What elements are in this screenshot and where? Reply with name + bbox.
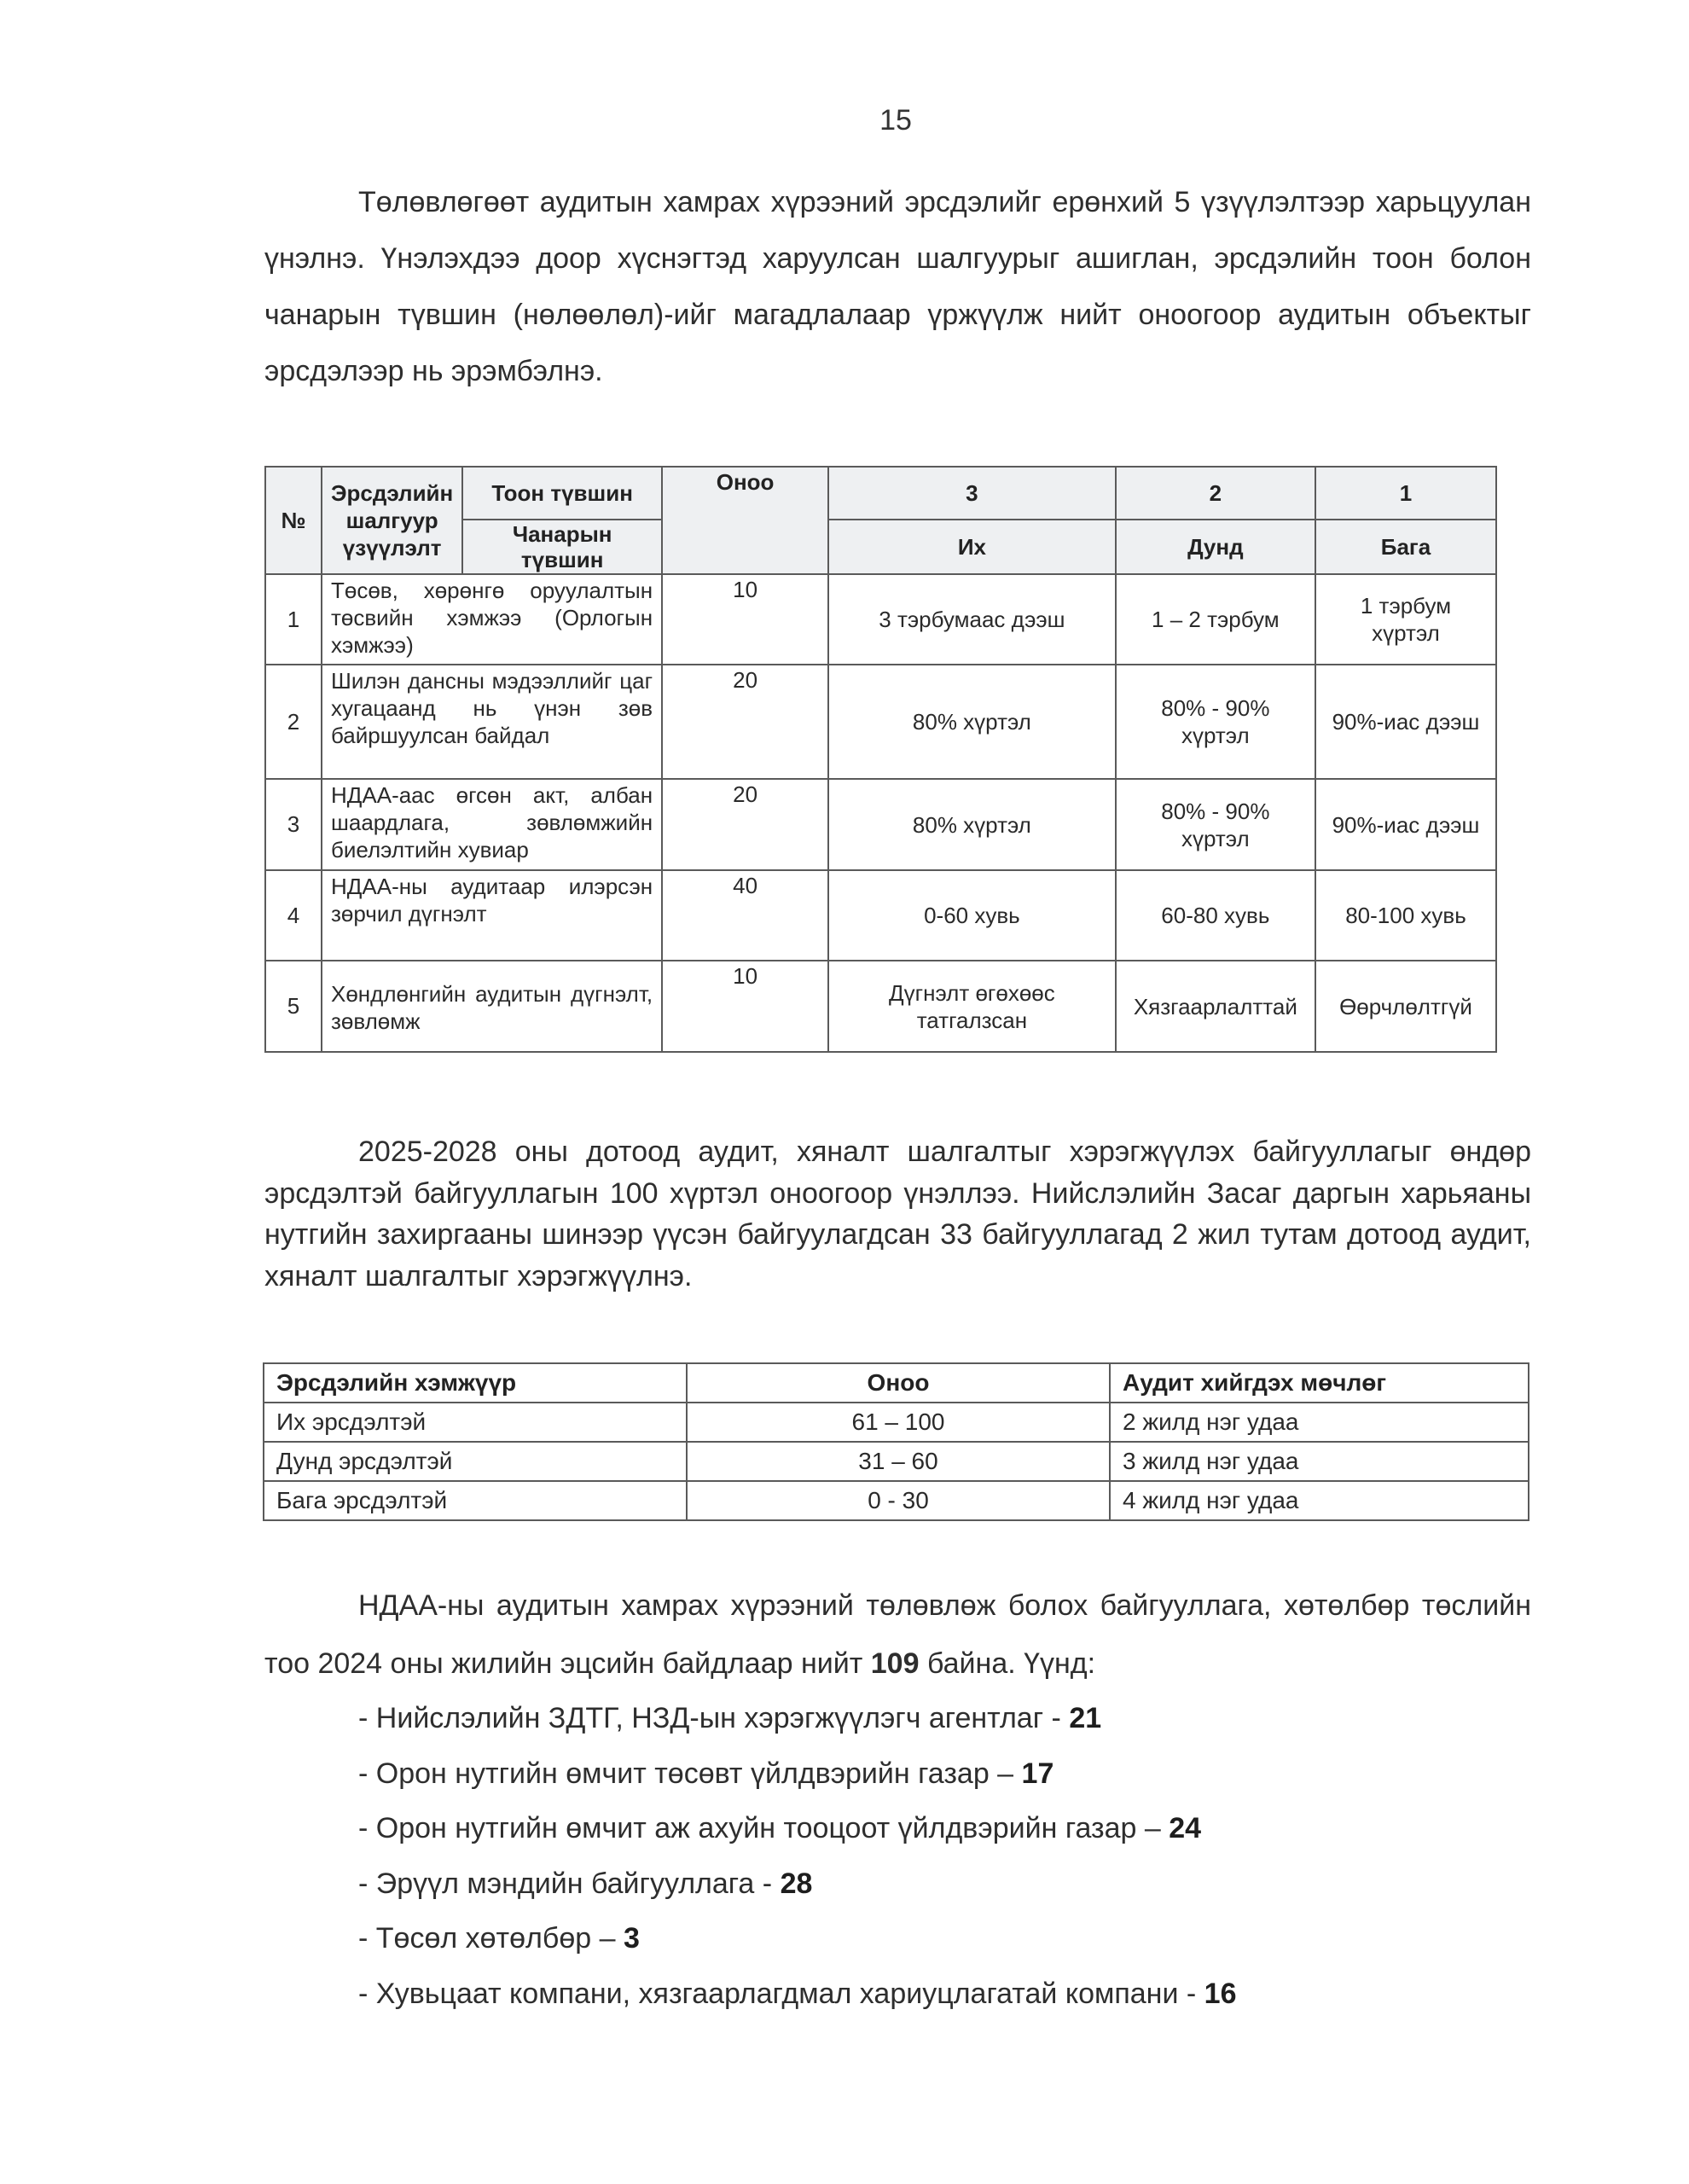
list-item-count: 21 <box>1069 1702 1101 1734</box>
row-high: 80% хүртэл <box>828 665 1116 779</box>
row-low: 90%-иас дээш <box>1315 665 1496 779</box>
audit-cycle: 4 жилд нэг удаа <box>1110 1481 1529 1520</box>
list-item: - Төсөл хөтөлбөр – 3 <box>358 1911 1237 1966</box>
col-header-score: Оноо <box>662 467 828 574</box>
row-no: 5 <box>265 961 322 1052</box>
row-low: Өөрчлөлтгүй <box>1315 961 1496 1052</box>
col-header-low: Бага <box>1315 520 1496 574</box>
row-high: Дүгнэлт өгөхөөс татгалзсан <box>828 961 1116 1052</box>
planning-paragraph-text: 2025-2028 оны дотоод аудит, хяналт шалга… <box>264 1136 1531 1292</box>
intro-paragraph-text: Төлөвлөгөөт аудитын хамрах хүрээний эрсд… <box>264 186 1531 387</box>
intro-paragraph: Төлөвлөгөөт аудитын хамрах хүрээний эрсд… <box>264 174 1531 399</box>
list-item-label: - Хувьцаат компани, хязгаарлагдмал хариу… <box>358 1978 1204 2010</box>
col-header-audit-cycle: Аудит хийгдэх мөчлөг <box>1110 1363 1529 1403</box>
list-item-label: - Эрүүл мэндийн байгууллага - <box>358 1867 781 1900</box>
row-medium: Хязгаарлалттай <box>1116 961 1315 1052</box>
row-score: 20 <box>662 665 828 779</box>
col-header-criteria: Эрсдэлийн шалгуур үзүүлэлт <box>322 467 462 574</box>
scope-total: 109 <box>871 1647 920 1680</box>
table-row: Дунд эрсдэлтэй 31 – 60 3 жилд нэг удаа <box>264 1442 1529 1481</box>
col-header-quantitative: Тоон түвшин <box>462 467 662 520</box>
row-low: 90%-иас дээш <box>1315 779 1496 870</box>
row-criteria: Шилэн дансны мэдээллийг цаг хугацаанд нь… <box>322 665 662 779</box>
table-row: 4 НДАА-ны аудитаар илэрсэн зөрчил дүгнэл… <box>265 870 1496 961</box>
table-row: Их эрсдэлтэй 61 – 100 2 жилд нэг удаа <box>264 1403 1529 1442</box>
table-row: Бага эрсдэлтэй 0 - 30 4 жилд нэг удаа <box>264 1481 1529 1520</box>
table-row: 2 Шилэн дансны мэдээллийг цаг хугацаанд … <box>265 665 1496 779</box>
risk-measure: Дунд эрсдэлтэй <box>264 1442 687 1481</box>
col-header-level-2: 2 <box>1116 467 1315 520</box>
list-item: - Хувьцаат компани, хязгаарлагдмал хариу… <box>358 1966 1237 2022</box>
scope-paragraph-after: байна. Үүнд: <box>920 1647 1096 1680</box>
score-range: 31 – 60 <box>687 1442 1110 1481</box>
audit-cycle: 2 жилд нэг удаа <box>1110 1403 1529 1442</box>
table-row: 5 Хөндлөнгийн аудитын дүгнэлт, зөвлөмж 1… <box>265 961 1496 1052</box>
col-header-score: Оноо <box>687 1363 1110 1403</box>
list-item: - Нийслэлийн ЗДТГ, НЗД-ын хэрэгжүүлэгч а… <box>358 1691 1237 1746</box>
col-header-level-3: 3 <box>828 467 1116 520</box>
list-item-label: - Орон нутгийн өмчит төсөвт үйлдвэрийн г… <box>358 1757 1022 1790</box>
row-criteria: Хөндлөнгийн аудитын дүгнэлт, зөвлөмж <box>322 961 662 1052</box>
row-medium: 80% - 90% хүртэл <box>1116 779 1315 870</box>
row-medium: 60-80 хувь <box>1116 870 1315 961</box>
row-medium: 80% - 90% хүртэл <box>1116 665 1315 779</box>
row-medium: 1 – 2 тэрбум <box>1116 574 1315 665</box>
row-score: 20 <box>662 779 828 870</box>
col-header-level-1: 1 <box>1315 467 1496 520</box>
risk-criteria-table: № Эрсдэлийн шалгуур үзүүлэлт Тоон түвшин… <box>264 466 1497 1053</box>
row-high: 3 тэрбумаас дээш <box>828 574 1116 665</box>
row-no: 2 <box>265 665 322 779</box>
col-header-medium: Дунд <box>1116 520 1315 574</box>
list-item-count: 28 <box>781 1867 813 1900</box>
page-number: 15 <box>0 104 1689 137</box>
audit-frequency-table: Эрсдэлийн хэмжүүр Оноо Аудит хийгдэх мөч… <box>263 1362 1529 1521</box>
col-header-risk-measure: Эрсдэлийн хэмжүүр <box>264 1363 687 1403</box>
list-item-label: - Нийслэлийн ЗДТГ, НЗД-ын хэрэгжүүлэгч а… <box>358 1702 1069 1734</box>
list-item: - Эрүүл мэндийн байгууллага - 28 <box>358 1856 1237 1912</box>
row-score: 10 <box>662 961 828 1052</box>
row-no: 1 <box>265 574 322 665</box>
row-low: 80-100 хувь <box>1315 870 1496 961</box>
audit-cycle: 3 жилд нэг удаа <box>1110 1442 1529 1481</box>
list-item: - Орон нутгийн өмчит аж ахуйн тооцоот үй… <box>358 1801 1237 1856</box>
score-range: 61 – 100 <box>687 1403 1110 1442</box>
table-header-row: Эрсдэлийн хэмжүүр Оноо Аудит хийгдэх мөч… <box>264 1363 1529 1403</box>
row-no: 4 <box>265 870 322 961</box>
planning-paragraph: 2025-2028 оны дотоод аудит, хяналт шалга… <box>264 1131 1531 1297</box>
table-row: 3 НДАА-аас өгсөн акт, албан шаардлага, з… <box>265 779 1496 870</box>
row-criteria: Төсөв, хөрөнгө оруулалтын төсвийн хэмжээ… <box>322 574 662 665</box>
scope-paragraph: НДАА-ны аудитын хамрах хүрээний төлөвлөж… <box>264 1577 1531 1693</box>
list-item-count: 24 <box>1169 1812 1201 1844</box>
col-header-high: Их <box>828 520 1116 574</box>
risk-measure: Бага эрсдэлтэй <box>264 1481 687 1520</box>
breakdown-list: - Нийслэлийн ЗДТГ, НЗД-ын хэрэгжүүлэгч а… <box>358 1691 1237 2021</box>
list-item-label: - Төсөл хөтөлбөр – <box>358 1922 624 1955</box>
list-item-label: - Орон нутгийн өмчит аж ахуйн тооцоот үй… <box>358 1812 1169 1844</box>
score-range: 0 - 30 <box>687 1481 1110 1520</box>
row-no: 3 <box>265 779 322 870</box>
row-high: 80% хүртэл <box>828 779 1116 870</box>
row-low: 1 тэрбум хүртэл <box>1315 574 1496 665</box>
row-criteria: НДАА-аас өгсөн акт, албан шаардлага, зөв… <box>322 779 662 870</box>
col-header-qualitative: Чанарын түвшин <box>462 520 662 574</box>
risk-measure: Их эрсдэлтэй <box>264 1403 687 1442</box>
row-score: 10 <box>662 574 828 665</box>
list-item: - Орон нутгийн өмчит төсөвт үйлдвэрийн г… <box>358 1746 1237 1802</box>
row-score: 40 <box>662 870 828 961</box>
list-item-count: 17 <box>1022 1757 1054 1790</box>
table-row: 1 Төсөв, хөрөнгө оруулалтын төсвийн хэмж… <box>265 574 1496 665</box>
col-header-no: № <box>265 467 322 574</box>
row-criteria: НДАА-ны аудитаар илэрсэн зөрчил дүгнэлт <box>322 870 662 961</box>
row-high: 0-60 хувь <box>828 870 1116 961</box>
list-item-count: 16 <box>1204 1978 1237 2010</box>
list-item-count: 3 <box>624 1922 640 1955</box>
